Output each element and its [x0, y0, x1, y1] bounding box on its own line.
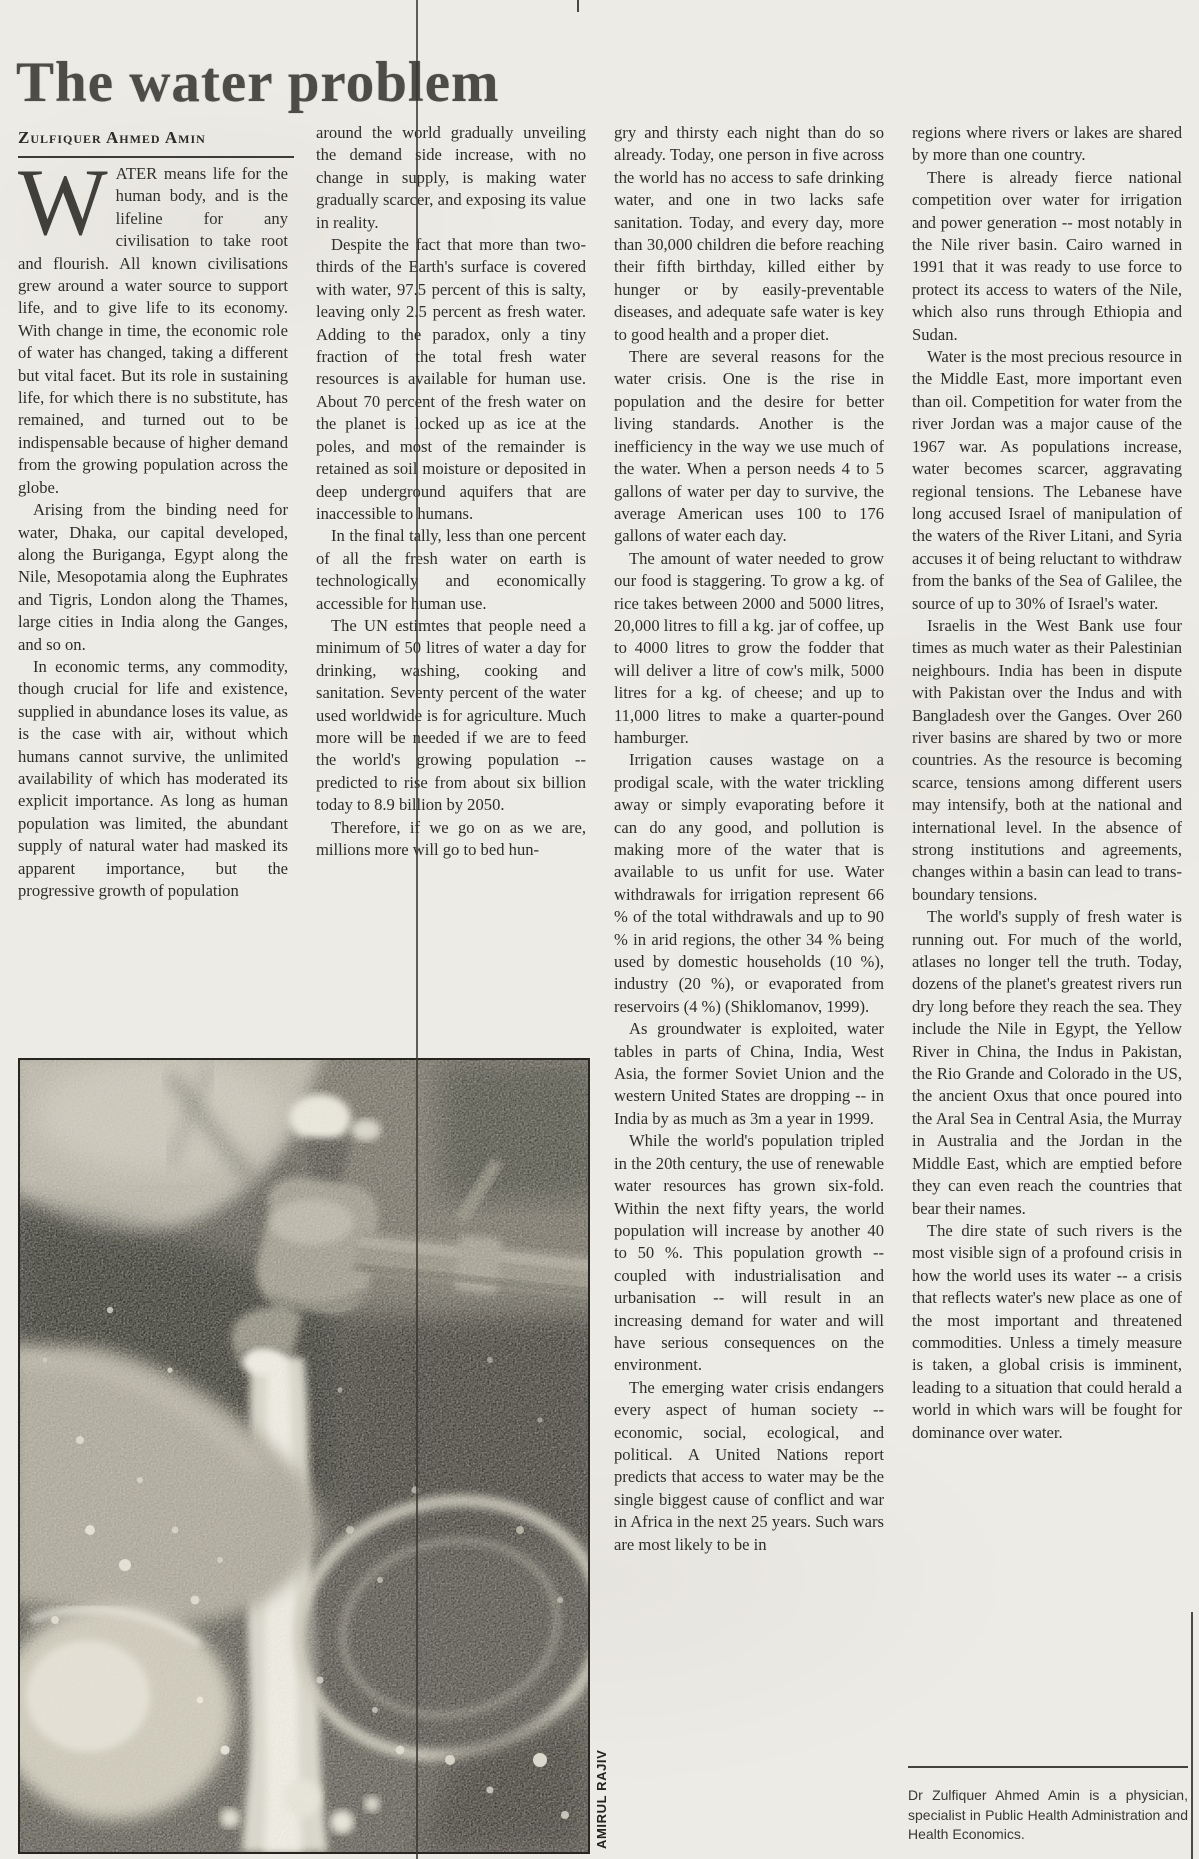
paragraph: The world's supply of fresh water is run…: [912, 906, 1182, 1220]
paragraph: WATER means life for the human body, and…: [18, 163, 288, 499]
water-tap-photo-art: [20, 1060, 588, 1852]
paragraph: The dire state of such rivers is the mos…: [912, 1220, 1182, 1444]
photo-credit: AMIRUL RAJIV: [594, 1750, 609, 1849]
paragraph: The emerging water crisis endangers ever…: [614, 1377, 884, 1556]
paragraph: There are several reasons for the water …: [614, 346, 884, 548]
paragraph: The amount of water needed to grow our f…: [614, 548, 884, 750]
drop-cap: W: [18, 163, 116, 239]
page-edge-line: [1191, 1612, 1193, 1859]
paragraph: regions where rivers or lakes are shared…: [912, 122, 1182, 167]
paragraph: Israelis in the West Bank use four times…: [912, 615, 1182, 906]
paragraph: around the world gradually unveiling the…: [316, 122, 586, 234]
paragraph: gry and thirsty each night than do so al…: [614, 122, 884, 346]
paragraph: Despite the fact that more than two-thir…: [316, 234, 586, 525]
paragraph: Therefore, if we go on as we are, millio…: [316, 817, 586, 862]
byline: Zulfiquer Ahmed Amin: [18, 128, 294, 148]
text-column-1: WATER means life for the human body, and…: [18, 163, 288, 1037]
byline-rule: [18, 156, 294, 158]
film-grain: [20, 1060, 588, 1852]
text-column-4: regions where rivers or lakes are shared…: [912, 122, 1182, 1764]
paragraph: Arising from the binding need for water,…: [18, 499, 288, 656]
page-title: The water problem: [16, 50, 616, 115]
text-column-2: around the world gradually unveiling the…: [316, 122, 586, 1038]
author-note: Dr Zulfiquer Ahmed Amin is a physician, …: [908, 1786, 1188, 1845]
paragraph: While the world's population tripled in …: [614, 1130, 884, 1376]
paragraph: In economic terms, any commodity, though…: [18, 656, 288, 902]
paragraph: In the final tally, less than one percen…: [316, 525, 586, 615]
paragraph: There is already fierce national competi…: [912, 167, 1182, 346]
paragraph: Water is the most precious resource in t…: [912, 346, 1182, 615]
top-edge-mark: [577, 0, 579, 12]
paragraph: The UN estimtes that people need a minim…: [316, 615, 586, 817]
text-column-3: gry and thirsty each night than do so al…: [614, 122, 884, 1850]
water-tap-photo: [18, 1058, 590, 1854]
paragraph: As groundwater is exploited, water table…: [614, 1018, 884, 1130]
paragraph: Irrigation causes wastage on a prodigal …: [614, 749, 884, 1018]
newspaper-page: The water problem Zulfiquer Ahmed Amin W…: [0, 0, 1199, 1859]
footer-rule: [908, 1766, 1188, 1768]
page-fold-line: [416, 0, 418, 1859]
